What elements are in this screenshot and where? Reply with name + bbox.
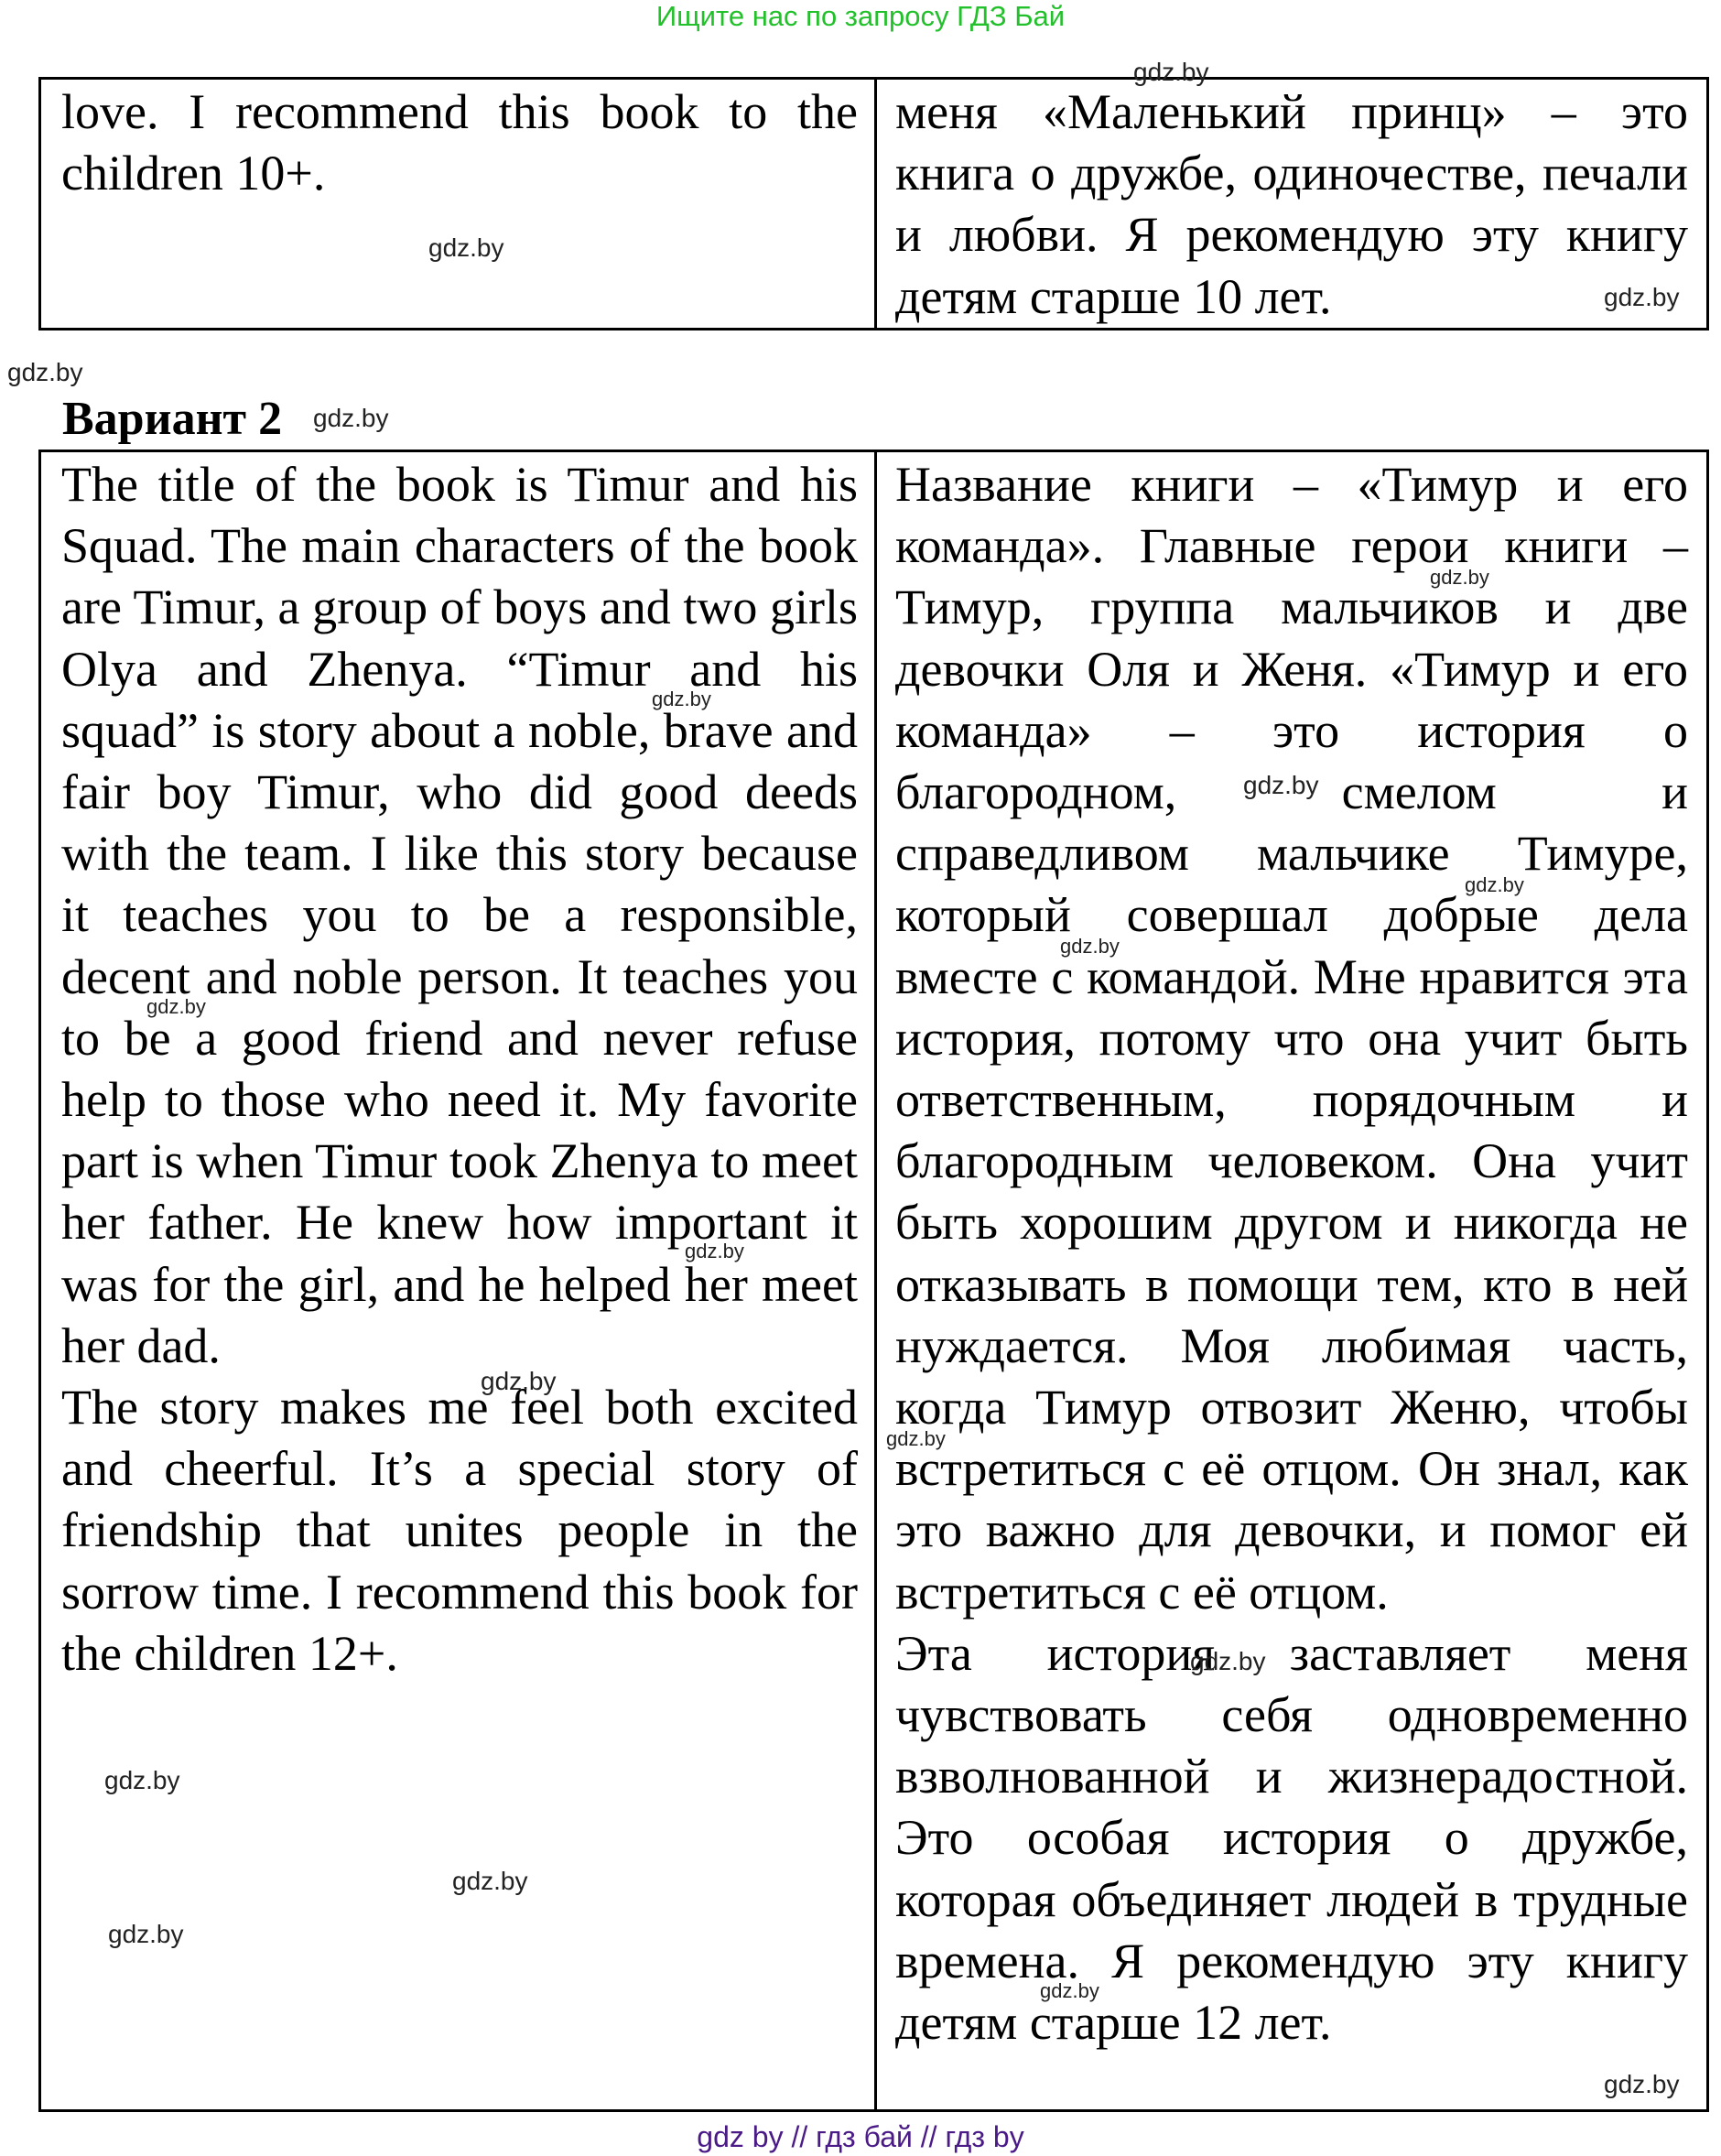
english-paragraph-1: The title of the book is Timur and his S… bbox=[61, 454, 858, 1377]
watermark: gdz.by bbox=[1040, 1980, 1099, 2002]
watermark: gdz.by bbox=[428, 234, 504, 262]
russian-cell: меня «Маленький принц» – это книга о дру… bbox=[876, 79, 1708, 330]
watermark: gdz.by bbox=[146, 996, 206, 1018]
watermark: gdz.by bbox=[1133, 59, 1209, 86]
english-cell: The title of the book is Timur and his S… bbox=[40, 451, 876, 2111]
english-paragraph-2: The story makes me feel both excited and… bbox=[61, 1377, 858, 1685]
translation-table-continued: love. I recommend this book to the child… bbox=[38, 77, 1709, 330]
variant-heading: Вариант 2 bbox=[62, 390, 282, 449]
watermark: gdz.by bbox=[104, 1767, 180, 1794]
watermark: gdz.by bbox=[481, 1368, 557, 1395]
watermark: gdz.by bbox=[1430, 567, 1489, 589]
watermark: gdz.by bbox=[1190, 1648, 1266, 1675]
watermark: gdz.by bbox=[7, 359, 83, 386]
watermark: gdz.by bbox=[108, 1921, 184, 1948]
russian-paragraph-1: Название книги – «Тимур и его команда». … bbox=[895, 454, 1688, 1623]
english-cell: love. I recommend this book to the child… bbox=[40, 79, 876, 330]
watermark: gdz.by bbox=[313, 405, 389, 432]
search-hint-banner: Ищите нас по запросу ГДЗ Бай bbox=[0, 0, 1721, 33]
english-text: love. I recommend this book to the child… bbox=[61, 81, 858, 204]
translation-table-variant-2: The title of the book is Timur and his S… bbox=[38, 450, 1709, 2112]
russian-paragraph-2: Эта история заставляет меня чувствовать … bbox=[895, 1623, 1688, 2053]
watermark: gdz.by bbox=[1243, 772, 1319, 799]
russian-cell: Название книги – «Тимур и его команда». … bbox=[876, 451, 1708, 2111]
russian-text: меня «Маленький принц» – это книга о дру… bbox=[895, 81, 1688, 328]
footer-links: gdz by // гдз бай // гдз by bbox=[0, 2118, 1721, 2155]
watermark: gdz.by bbox=[1604, 2071, 1680, 2098]
watermark: gdz.by bbox=[685, 1241, 744, 1262]
watermark: gdz.by bbox=[1465, 874, 1524, 896]
watermark: gdz.by bbox=[1604, 284, 1680, 311]
watermark: gdz.by bbox=[886, 1428, 946, 1450]
watermark: gdz.by bbox=[652, 688, 711, 710]
watermark: gdz.by bbox=[1060, 936, 1120, 958]
watermark: gdz.by bbox=[452, 1868, 528, 1895]
